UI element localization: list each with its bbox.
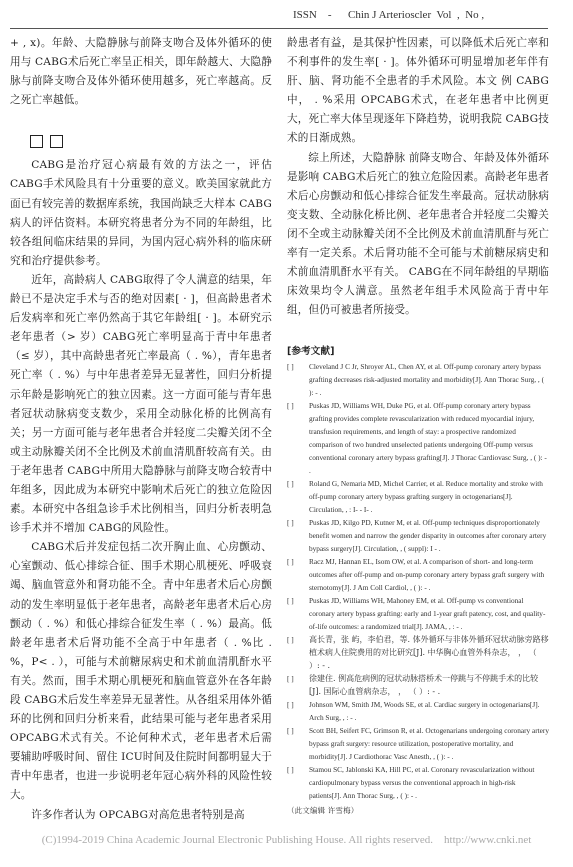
- paragraph: 综上所述，大隐静脉 前降支吻合、年龄及体外循环是影响 CABG术后死亡的独立危险…: [287, 149, 549, 321]
- reference-item: [ ]Stamou SC, Jablonski KA, Hill PC, et …: [287, 763, 549, 802]
- reference-number: [ ]: [287, 594, 309, 633]
- reference-item: [ ]高长青，张 屿，李伯君，等. 体外循环与非体外循环冠状动脉旁路移植术病人住…: [287, 633, 549, 672]
- paragraph: 近年，高龄病人 CABG取得了令人满意的结果，年龄已不是决定手术与否的绝对因素[…: [10, 271, 272, 538]
- left-column: + , x)。年龄、大隐静脉与前降支吻合及体外循环的使用与 CABG术后死亡率呈…: [10, 34, 272, 825]
- reference-item: [ ]Cleveland J C Jr, Shroyer AL, Chen AY…: [287, 360, 549, 399]
- reference-number: [ ]: [287, 516, 309, 555]
- paragraph: 龄患者有益，是其保护性因素，可以降低术后死亡率和不利事件的发生率[ · ]。体外…: [287, 34, 549, 149]
- reference-text: 高长青，张 屿，李伯君，等. 体外循环与非体外循环冠状动脉旁路移植术病人住院费用…: [309, 633, 549, 672]
- paragraph-continued: + , x)。年龄、大隐静脉与前降支吻合及体外循环的使用与 CABG术后死亡率呈…: [10, 34, 272, 110]
- paragraph: CABG是治疗冠心病最有效的方法之一，评估 CABG手术风险具有十分重要的意义。…: [10, 156, 272, 271]
- reference-number: [ ]: [287, 477, 309, 516]
- references-title: [参考文献]: [287, 344, 549, 360]
- reference-item: [ ]Racz MJ, Hannan EL, Isom OW, et al. A…: [287, 555, 549, 594]
- reference-number: [ ]: [287, 399, 309, 477]
- reference-number: [ ]: [287, 724, 309, 763]
- paragraph: 许多作者认为 OPCABG对高危患者特别是高: [10, 806, 272, 825]
- reference-number: [ ]: [287, 672, 309, 698]
- reference-text: Scott BH, Seifert FC, Grimson R, et al. …: [309, 724, 549, 763]
- references-list: [ ]Cleveland J C Jr, Shroyer AL, Chen AY…: [287, 360, 549, 802]
- reference-text: Puskas JD, Williams WH, Mahoney EM, et a…: [309, 594, 549, 633]
- heading-box-glyph: [50, 135, 63, 148]
- reference-item: [ ]徐建住. 例高危病例的冠状动脉搭桥术一停跳与不停跳手术的比较[J]. 国际…: [287, 672, 549, 698]
- reference-item: [ ]Puskas JD, Williams WH, Duke PG, et a…: [287, 399, 549, 477]
- reference-item: [ ]Scott BH, Seifert FC, Grimson R, et a…: [287, 724, 549, 763]
- running-header: ISSN - Chin J Arterioscler Vol , No ,: [10, 0, 548, 29]
- reference-number: [ ]: [287, 633, 309, 672]
- reference-text: Stamou SC, Jablonski KA, Hill PC, et al.…: [309, 763, 549, 802]
- reference-text: Roland G, Nemaria MD, Michel Carrier, et…: [309, 477, 549, 516]
- reference-item: [ ]Roland G, Nemaria MD, Michel Carrier,…: [287, 477, 549, 516]
- editor-note: （此文编辑 许雪梅）: [287, 804, 549, 817]
- reference-text: Racz MJ, Hannan EL, Isom OW, et al. A co…: [309, 555, 549, 594]
- reference-text: Cleveland J C Jr, Shroyer AL, Chen AY, e…: [309, 360, 549, 399]
- reference-item: [ ]Puskas JD, Kilgo PD, Kutner M, et al.…: [287, 516, 549, 555]
- right-column: 龄患者有益，是其保护性因素，可以降低术后死亡率和不利事件的发生率[ · ]。体外…: [287, 34, 549, 817]
- section-heading: [30, 132, 272, 152]
- journal-citation-line: ISSN - Chin J Arterioscler Vol , No ,: [293, 9, 484, 21]
- reference-text: Johnson WM, Smith JM, Woods SE, et al. C…: [309, 698, 549, 724]
- reference-text: Puskas JD, Kilgo PD, Kutner M, et al. Of…: [309, 516, 549, 555]
- reference-item: [ ]Johnson WM, Smith JM, Woods SE, et al…: [287, 698, 549, 724]
- paragraph: CABG术后并发症包括二次开胸止血、心房颤动、心室颤动、低心排综合征、围手术期心…: [10, 538, 272, 805]
- reference-text: Puskas JD, Williams WH, Duke PG, et al. …: [309, 399, 549, 477]
- reference-number: [ ]: [287, 555, 309, 594]
- reference-number: [ ]: [287, 698, 309, 724]
- heading-box-glyph: [30, 135, 43, 148]
- reference-number: [ ]: [287, 360, 309, 399]
- copyright-footer: (C)1994-2019 China Academic Journal Elec…: [0, 834, 573, 846]
- reference-text: 徐建住. 例高危病例的冠状动脉搭桥术一停跳与不停跳手术的比较[J]. 国际心血管…: [309, 672, 549, 698]
- reference-number: [ ]: [287, 763, 309, 802]
- reference-item: [ ]Puskas JD, Williams WH, Mahoney EM, e…: [287, 594, 549, 633]
